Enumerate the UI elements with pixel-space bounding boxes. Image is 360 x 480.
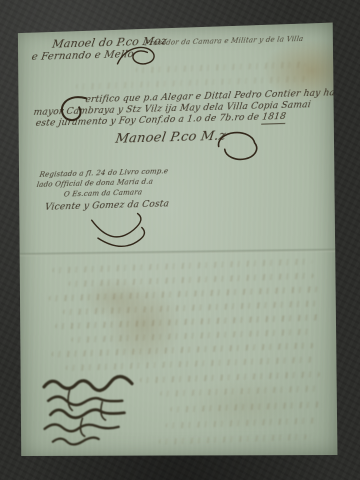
- bleedthrough-row: [66, 357, 314, 372]
- bleedthrough-row: [165, 418, 315, 429]
- bleedthrough-row: [69, 273, 314, 288]
- bleedthrough-row: [76, 76, 306, 90]
- bleedthrough-row: [159, 434, 307, 445]
- signature-loop-flourish-icon: [214, 128, 258, 161]
- bleedthrough-row: [52, 258, 312, 273]
- registration-line-3: O Es.cam da Camara: [63, 189, 142, 198]
- document-date: 1818: [261, 112, 287, 125]
- registration-flourish-icon: [88, 213, 153, 256]
- header-title-text: Provedor da Camara e Militar y de la Vil…: [144, 36, 304, 47]
- photo-backdrop: Manoel do P.co Moz Provedor da Camara e …: [0, 0, 360, 480]
- body-signature: Manoel P.co M.z: [115, 130, 227, 146]
- bleedthrough-row: [49, 286, 319, 301]
- bleedthrough-row: [55, 314, 320, 329]
- dark-signature-bleed-icon: [36, 373, 157, 455]
- bleedthrough-row: [140, 371, 320, 383]
- bleedthrough-row: [63, 300, 318, 315]
- bleedthrough-row: [71, 329, 311, 343]
- registration-signature: Vicente y Gomez da Costa: [44, 200, 169, 212]
- manuscript-paper: Manoel do P.co Moz Provedor da Camara e …: [14, 22, 340, 461]
- bleedthrough-row: [170, 401, 320, 412]
- registration-line-2: lado Official de dona Maria d.a: [36, 179, 153, 189]
- bleedthrough-row: [160, 385, 320, 397]
- fold-crease: [18, 249, 336, 256]
- bleedthrough-row: [51, 342, 313, 357]
